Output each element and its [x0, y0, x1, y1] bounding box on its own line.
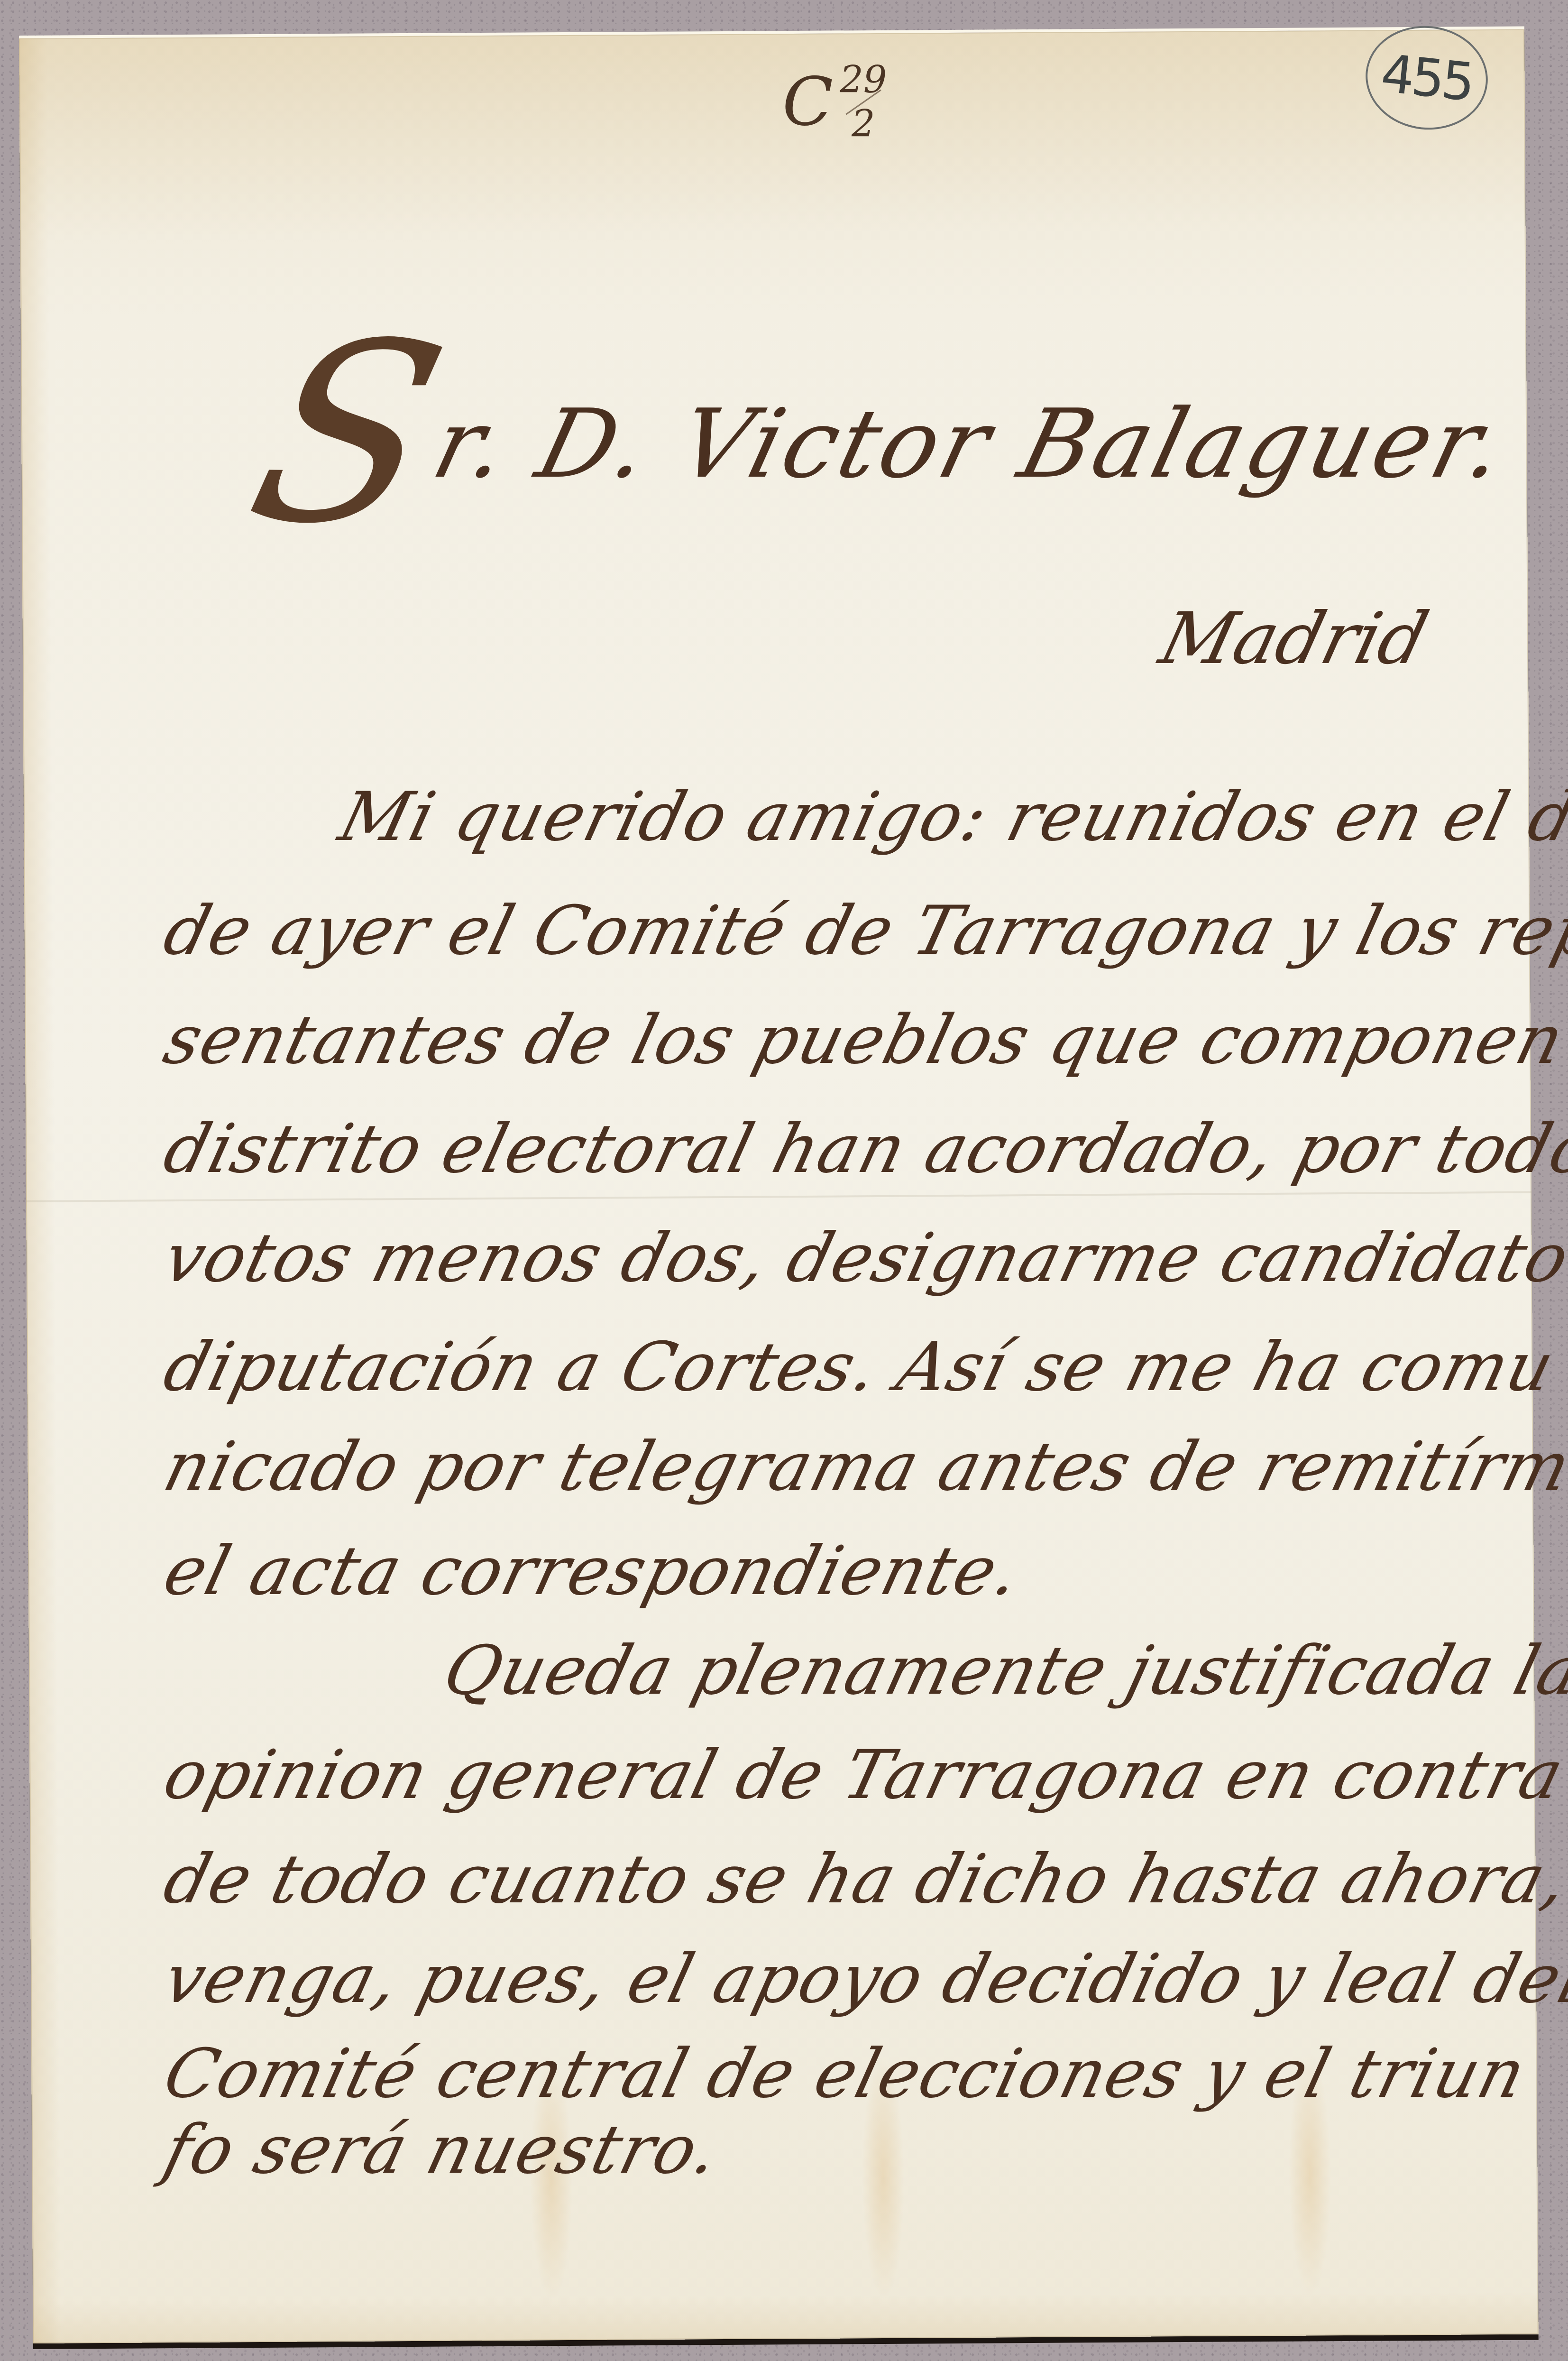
paper-fold-line — [26, 1191, 1531, 1202]
shelf-mark-denominator: 2 — [852, 106, 875, 143]
letter-line: distrito electoral han acordado, por tod… — [156, 1110, 1568, 1188]
letter-line: sentantes de los pueblos que componen aq… — [156, 1001, 1568, 1079]
letter-line: de ayer el Comité de Tarragona y los rep… — [156, 892, 1568, 970]
letter-line: nicado por telegrama antes de remitírme — [156, 1428, 1568, 1506]
letter-line: fo será nuestro. — [156, 2111, 727, 2189]
letter-line: el acta correspondiente. — [156, 1532, 1028, 1610]
letter-line: diputación a Cortes. Así se me ha comu — [156, 1328, 1562, 1406]
recipient-name: r. D. Victor Balaguer. — [423, 389, 1518, 499]
letter-line: venga, pues, el apoyo decidido y leal de… — [156, 1940, 1568, 2018]
archival-mount-background: C 29 2 455 Sr. D. Victor Balaguer. Madri… — [0, 0, 1568, 2361]
recipient-address: Sr. D. Victor Balaguer. — [247, 389, 1518, 499]
folio-number: 455 — [1378, 43, 1475, 112]
shelf-mark-fraction: 29 2 — [840, 62, 887, 143]
shelf-mark: C 29 2 — [782, 62, 887, 143]
shelf-mark-prefix: C — [782, 64, 833, 141]
letter-line: votos menos dos, designarme candidato a … — [156, 1219, 1568, 1297]
letter-line: opinion general de Tarragona en contra — [156, 1736, 1568, 1814]
letter-line: Queda plenamente justificada la — [436, 1632, 1568, 1710]
letter-line: Comité central de elecciones y el triun — [156, 2035, 1534, 2113]
shelf-mark-numerator: 29 — [840, 62, 887, 99]
letter-line: Mi querido amigo: reunidos en el día — [332, 778, 1568, 856]
letter-line: de todo cuanto se ha dicho hasta ahora, — [156, 1840, 1568, 1918]
recipient-city: Madrid — [1152, 598, 1436, 680]
